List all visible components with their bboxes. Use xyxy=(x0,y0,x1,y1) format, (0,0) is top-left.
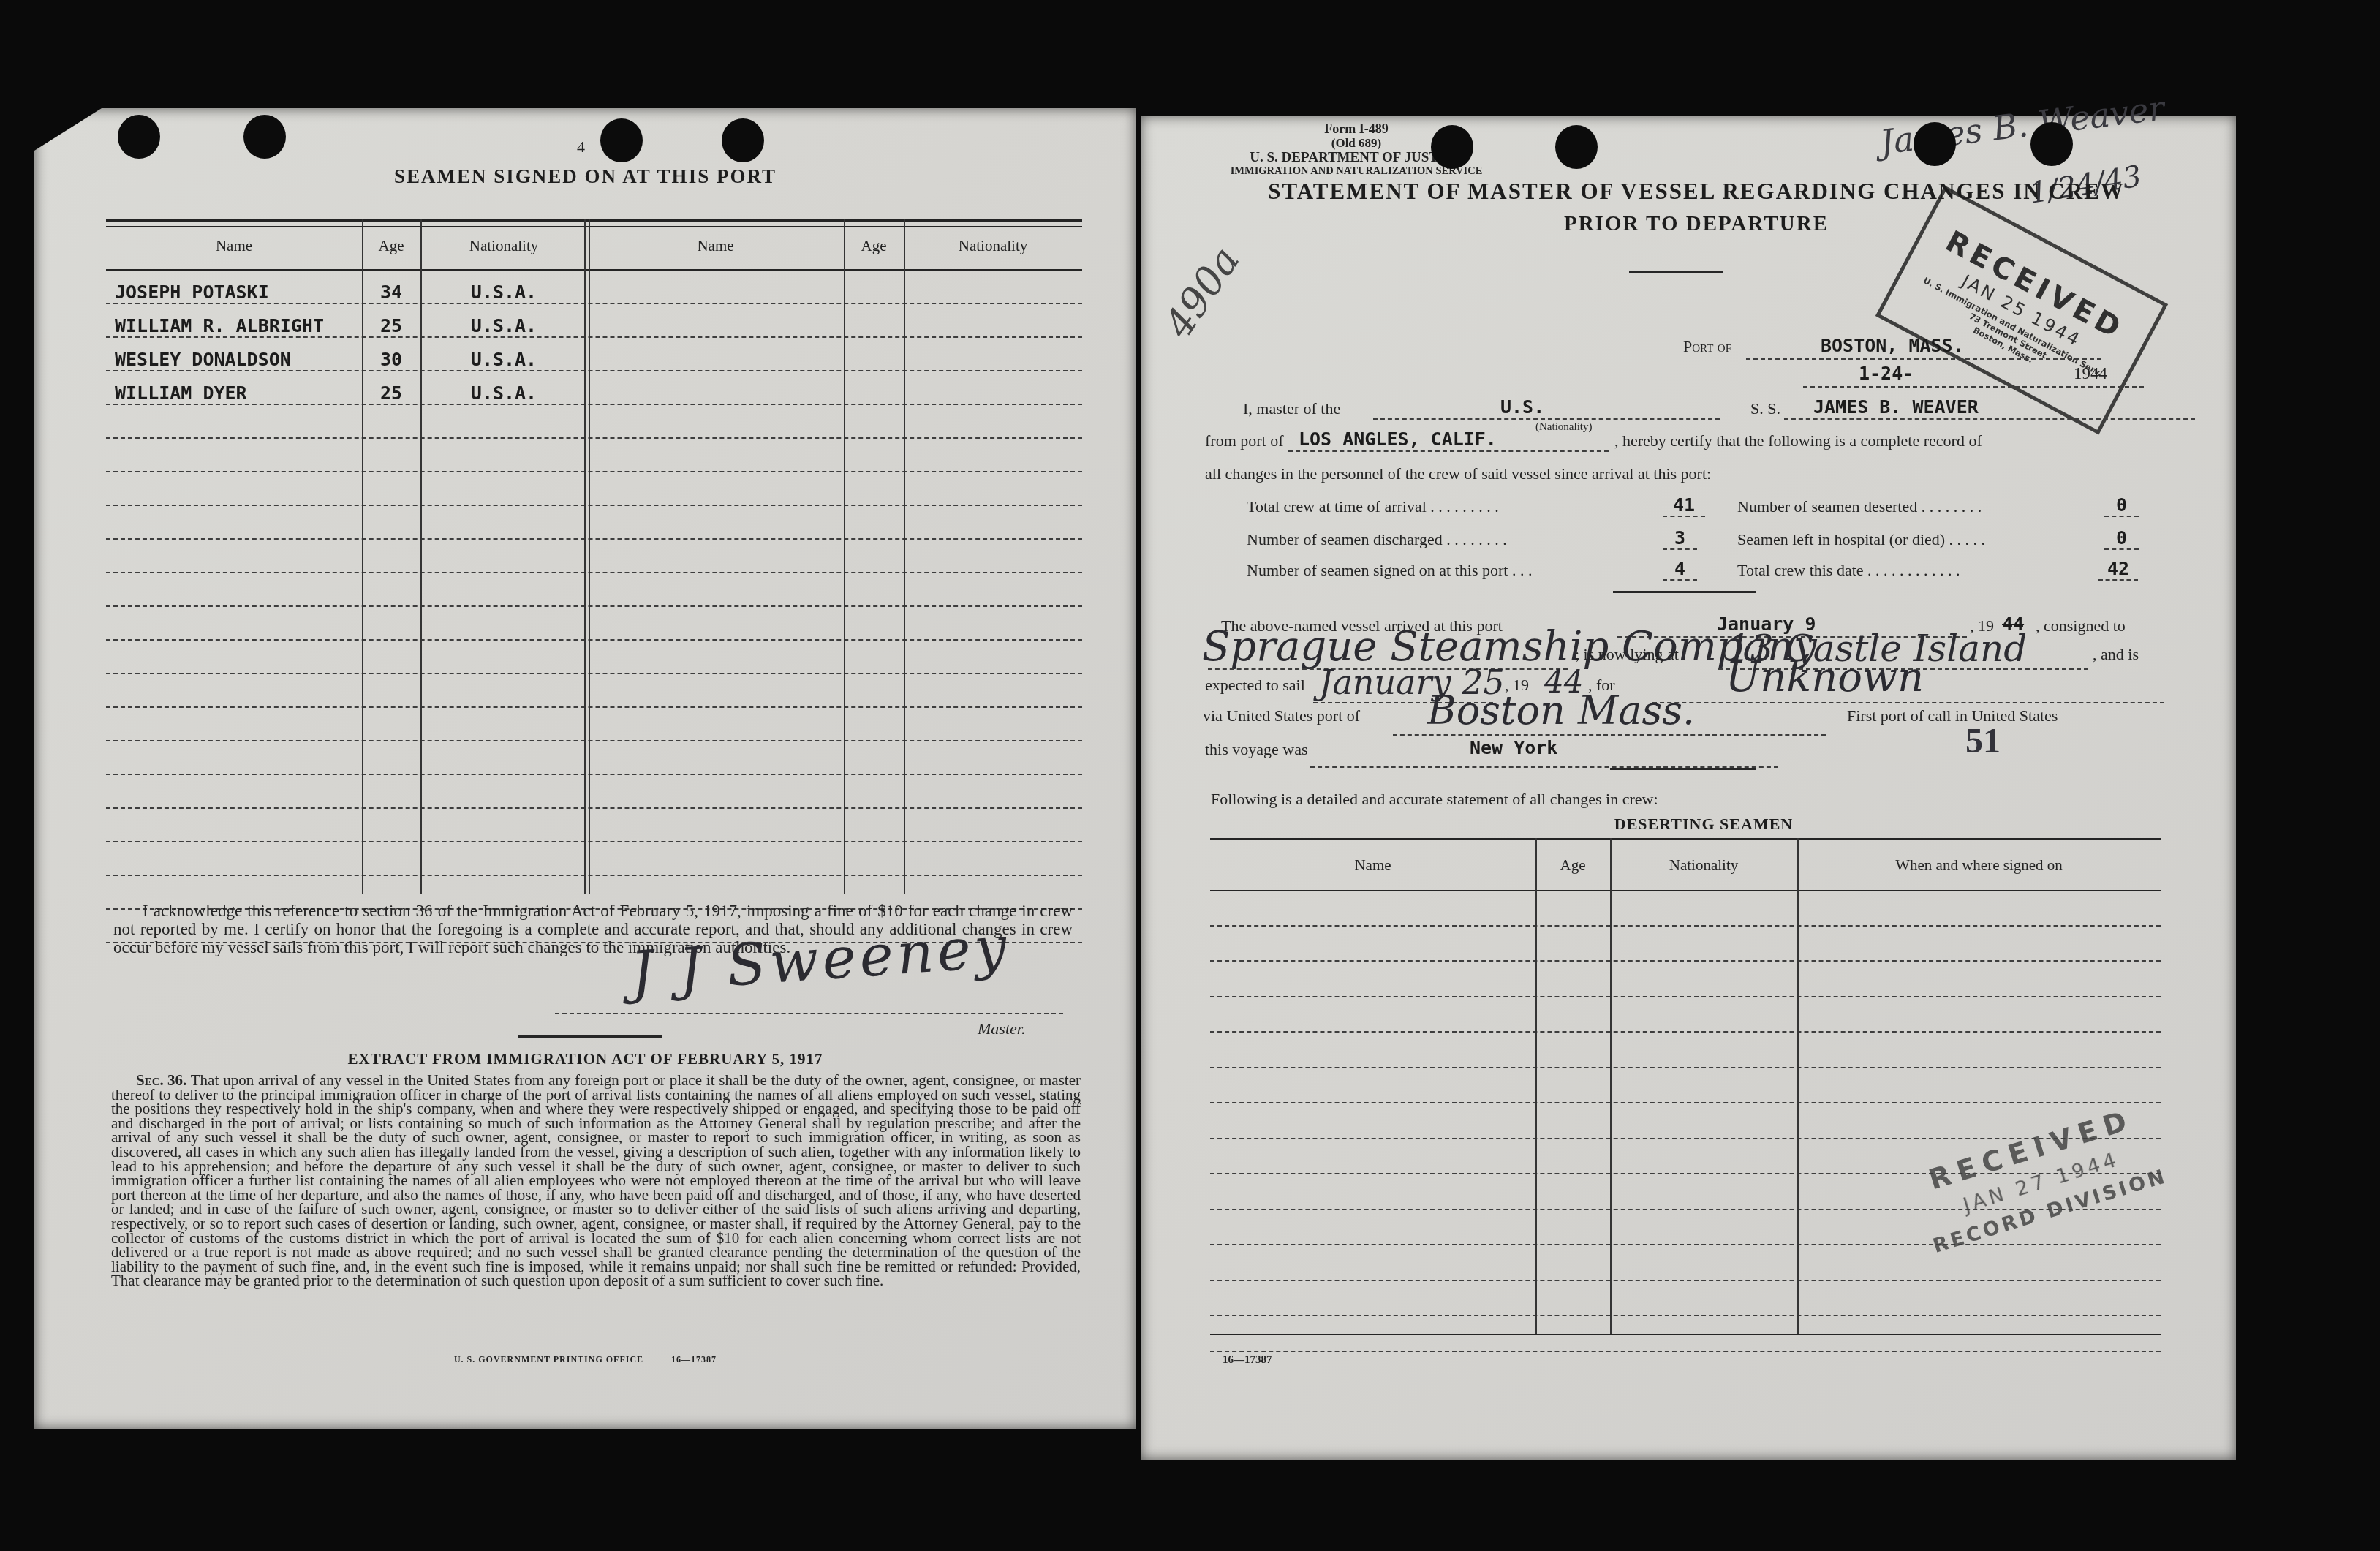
master-caption: Master. xyxy=(978,1019,1025,1038)
printing-office-text: U. S. GOVERNMENT PRINTING OFFICE xyxy=(454,1354,643,1365)
deserting-seamen-table: Name Age Nationality When and where sign… xyxy=(1210,838,2161,1343)
right-page: Form I-489 (Old 689) U. S. DEPARTMENT OF… xyxy=(1141,116,2236,1460)
all-changes-line: all changes in the personnel of the crew… xyxy=(1205,464,1711,483)
following-statement: Following is a detailed and accurate sta… xyxy=(1211,790,1658,809)
destination-line xyxy=(1652,702,2164,703)
section-divider xyxy=(518,1035,662,1038)
arrived-post: , consigned to xyxy=(2036,616,2126,635)
pencil-docket-note: 490a xyxy=(1155,238,1249,346)
empty-table-row xyxy=(106,641,1082,674)
empty-table-row xyxy=(106,540,1082,573)
column-header-nationality: Nationality xyxy=(1610,856,1797,875)
punch-hole xyxy=(118,115,160,159)
expected-sail-label: expected to sail xyxy=(1205,676,1305,695)
empty-table-row xyxy=(1210,927,2161,962)
left-page-title: SEAMEN SIGNED ON AT THIS PORT xyxy=(34,165,1136,188)
column-header-name: Name xyxy=(1210,856,1535,875)
table-body xyxy=(1210,891,2161,1352)
empty-table-row xyxy=(106,809,1082,842)
from-port-label: from port of xyxy=(1205,431,1284,450)
port-of-label: Port of xyxy=(1683,337,1731,356)
port-line xyxy=(1746,358,2101,360)
table-header-row: Name Age Nationality Name Age Nationalit… xyxy=(106,224,1082,268)
first-port-label: First port of call in United States xyxy=(1847,706,2058,725)
nationality-line xyxy=(1373,418,1720,420)
seaman-nationality: U.S.A. xyxy=(420,382,587,404)
destination-handwritten: Unknown xyxy=(1726,654,1924,701)
table-body: JOSEPH POTASKI 34 U.S.A. WILLIAM R. ALBR… xyxy=(106,271,1082,943)
seaman-name: WILLIAM DYER xyxy=(106,382,362,404)
seaman-nationality: U.S.A. xyxy=(420,349,587,370)
date-year: 1944 xyxy=(2074,364,2107,383)
column-header-age-2: Age xyxy=(844,237,904,255)
from-port-line xyxy=(1288,450,1609,452)
stats-divider xyxy=(1613,591,1756,593)
stat-value-discharged: 3 xyxy=(1663,527,1697,550)
folio-number-stamp: 51 xyxy=(1965,721,2001,761)
consignee-post: , and is xyxy=(2093,645,2139,664)
stat-value-hospital: 0 xyxy=(2104,527,2139,550)
column-divider xyxy=(1610,838,1612,1334)
empty-table-row xyxy=(1210,997,2161,1033)
column-divider xyxy=(904,219,905,894)
empty-table-row xyxy=(106,472,1082,506)
seaman-name: WESLEY DONALDSON xyxy=(106,349,362,370)
stat-value-arrival: 41 xyxy=(1663,494,1705,517)
left-page: 4 SEAMEN SIGNED ON AT THIS PORT Name Age… xyxy=(34,108,1136,1429)
master-line-pre: I, master of the xyxy=(1243,399,1340,418)
nationality-caption: (Nationality) xyxy=(1535,421,1592,434)
vessel-nationality: U.S. xyxy=(1500,396,1544,418)
column-divider xyxy=(1535,838,1537,1334)
ss-label: S. S. xyxy=(1750,399,1780,418)
stat-value-total-crew: 42 xyxy=(2098,558,2138,581)
printer-code: 16—17387 xyxy=(1223,1354,1272,1367)
page-corner-shadow xyxy=(34,108,102,151)
empty-table-row xyxy=(1210,1068,2161,1104)
punch-hole xyxy=(722,118,764,162)
column-divider xyxy=(362,219,363,894)
column-divider-double xyxy=(584,219,586,894)
empty-table-row xyxy=(106,775,1082,809)
page-number: 4 xyxy=(577,137,585,156)
via-port-label: via United States port of xyxy=(1203,706,1360,725)
empty-table-row xyxy=(1210,962,2161,997)
table-row: JOSEPH POTASKI 34 U.S.A. xyxy=(106,271,1082,304)
printer-footer: U. S. GOVERNMENT PRINTING OFFICE 16—1738… xyxy=(34,1353,1136,1366)
punch-hole xyxy=(243,115,286,159)
voyage-value: New York xyxy=(1470,737,1557,758)
printer-code: 16—17387 xyxy=(671,1354,717,1365)
stat-label-signed-on: Number of seamen signed on at this port … xyxy=(1247,561,1532,580)
column-divider xyxy=(420,219,422,894)
stat-label-total-crew: Total crew this date . . . . . . . . . .… xyxy=(1737,561,1960,580)
via-port-line xyxy=(1393,734,1826,736)
signature-line xyxy=(555,1013,1063,1014)
service-name: IMMIGRATION AND NATURALIZATION SERVICE xyxy=(1199,165,1514,177)
column-header-age: Age xyxy=(1535,856,1610,875)
seaman-nationality: U.S.A. xyxy=(420,315,587,336)
form-title-line2: PRIOR TO DEPARTURE xyxy=(1199,212,2194,236)
stat-label-discharged: Number of seamen discharged . . . . . . … xyxy=(1247,530,1507,549)
scanned-document-spread: 4 SEAMEN SIGNED ON AT THIS PORT Name Age… xyxy=(0,0,2380,1551)
from-port-rest: , hereby certify that the following is a… xyxy=(1614,431,1982,450)
empty-table-row xyxy=(1210,891,2161,927)
punch-hole xyxy=(600,118,643,162)
column-header-when-where: When and where signed on xyxy=(1797,856,2161,875)
vessel-name-line xyxy=(1784,418,2195,420)
seaman-age: 34 xyxy=(362,282,420,303)
voyage-label: this voyage was xyxy=(1205,740,1308,759)
title-underline xyxy=(1629,271,1723,273)
empty-table-row xyxy=(106,506,1082,540)
table-row: WESLEY DONALDSON 30 U.S.A. xyxy=(106,338,1082,371)
date-line xyxy=(1803,386,2144,388)
table-row: WILLIAM R. ALBRIGHT 25 U.S.A. xyxy=(106,304,1082,338)
empty-table-row xyxy=(106,439,1082,472)
seaman-age: 25 xyxy=(362,315,420,336)
column-header-nationality: Nationality xyxy=(420,237,587,255)
seamen-signed-on-table: Name Age Nationality Name Age Nationalit… xyxy=(106,219,1082,894)
extract-body-text: That upon arrival of any vessel in the U… xyxy=(111,1071,1081,1289)
column-header-nationality-2: Nationality xyxy=(904,237,1082,255)
voyage-divider xyxy=(1610,768,1756,770)
empty-table-row xyxy=(106,674,1082,708)
empty-table-row xyxy=(106,405,1082,439)
column-header-name-2: Name xyxy=(587,237,844,255)
column-divider-double xyxy=(589,219,590,894)
table-header-row: Name Age Nationality When and where sign… xyxy=(1210,842,2161,888)
punch-hole xyxy=(1914,122,1956,166)
column-divider xyxy=(844,219,845,894)
extract-heading: EXTRACT FROM IMMIGRATION ACT OF FEBRUARY… xyxy=(34,1050,1136,1068)
vessel-name: JAMES B. WEAVER xyxy=(1813,396,1979,418)
port-value: BOSTON, MASS. xyxy=(1821,335,1964,356)
stat-value-signed-on: 4 xyxy=(1663,558,1697,581)
stat-label-hospital: Seamen left in hospital (or died) . . . … xyxy=(1737,530,1985,549)
punch-hole xyxy=(1431,125,1473,169)
empty-table-row xyxy=(106,573,1082,607)
stat-value-deserted: 0 xyxy=(2104,494,2139,517)
column-divider xyxy=(1797,838,1799,1334)
empty-table-row xyxy=(106,708,1082,741)
punch-hole xyxy=(1555,125,1598,169)
column-header-name: Name xyxy=(106,237,362,255)
date-typed: 1-24- xyxy=(1859,363,1914,384)
empty-table-row xyxy=(1210,1245,2161,1281)
stat-label-deserted: Number of seamen deserted . . . . . . . … xyxy=(1737,497,1982,516)
seaman-name: JOSEPH POTASKI xyxy=(106,282,362,303)
stat-label-arrival: Total crew at time of arrival . . . . . … xyxy=(1247,497,1499,516)
table-bottom-rule xyxy=(1210,1334,2161,1335)
from-port-value: LOS ANGLES, CALIF. xyxy=(1299,429,1497,450)
consignee-handwritten: Sprague Steamship Company xyxy=(1202,623,1817,671)
lying-at-label: ; is now lying at xyxy=(1575,645,1679,664)
empty-table-row xyxy=(106,607,1082,641)
empty-table-row xyxy=(1210,1103,2161,1139)
table-row: WILLIAM DYER 25 U.S.A. xyxy=(106,371,1082,405)
seaman-age: 25 xyxy=(362,382,420,404)
column-header-age: Age xyxy=(362,237,420,255)
empty-table-row xyxy=(1210,1281,2161,1317)
empty-table-row xyxy=(1210,1033,2161,1068)
empty-table-row xyxy=(106,842,1082,876)
via-port-handwritten: Boston Mass. xyxy=(1427,687,1695,733)
empty-table-row xyxy=(106,741,1082,775)
seaman-age: 30 xyxy=(362,349,420,370)
deserting-seamen-heading: DESERTING SEAMEN xyxy=(1243,815,2164,834)
punch-hole xyxy=(2030,122,2073,166)
seaman-nationality: U.S.A. xyxy=(420,282,587,303)
form-title-line1: STATEMENT OF MASTER OF VESSEL REGARDING … xyxy=(1199,178,2194,205)
seaman-name: WILLIAM R. ALBRIGHT xyxy=(106,315,362,336)
